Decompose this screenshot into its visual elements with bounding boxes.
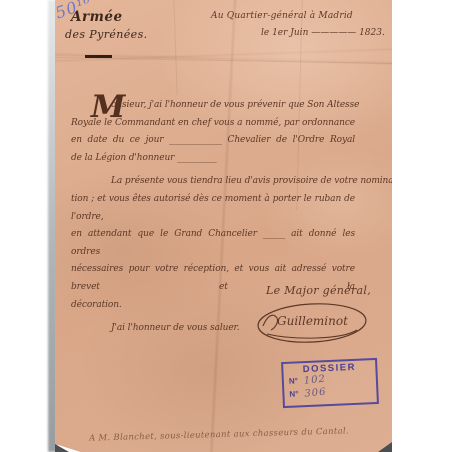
body-line: de la Légion d'honneur _________: [71, 150, 355, 168]
stamp-number-value: 306: [304, 387, 327, 400]
body-line: La présente vous tiendra lieu d'avis pro…: [71, 173, 355, 191]
letterhead-line2: des Pyrénées.: [65, 28, 148, 41]
signature-block: Guilleminot: [253, 296, 371, 350]
letterhead: Armée des Pyrénées.: [71, 9, 148, 41]
body-line: Royale le Commandant en chef vous a nomm…: [71, 115, 355, 133]
body-line: onsieur, j'ai l'honneur de vous prévenir…: [71, 97, 355, 115]
dateline-date: le 1er Juin ————— 1823.: [261, 28, 385, 38]
body-line: tion ; et vous êtes autorisé dès ce mome…: [71, 191, 355, 226]
letterhead-line1: Armée: [71, 9, 148, 25]
dateline-place: Au Quartier-général à Madrid: [211, 11, 353, 21]
letterhead-rule: [85, 55, 112, 58]
letter-paper: 50¹⁶ Armée des Pyrénées. Au Quartier-gén…: [55, 0, 392, 452]
signature-name-text: Guilleminot: [277, 314, 348, 328]
stamp-number-label: N°: [289, 389, 298, 398]
addressee-line: A M. Blanchet, sous-lieutenant aux chass…: [89, 426, 349, 443]
paper-crease: [173, 0, 177, 95]
body-line: en date du ce jour ____________ Chevalie…: [71, 132, 355, 150]
stamp-row: N° 306: [289, 385, 371, 402]
stamp-number-value: 102: [303, 374, 326, 387]
scanned-letter-page: { "annotation_blue": "50¹⁶", "letterhead…: [0, 0, 452, 452]
signature-flourish-icon: Guilleminot: [253, 296, 371, 350]
dossier-stamp: DOSSIER N° 102 N° 306: [281, 358, 379, 408]
paper-crease: [55, 57, 392, 64]
stamp-number-label: N°: [289, 376, 298, 385]
body-line: en attendant que le Grand Chancelier ___…: [71, 226, 355, 261]
